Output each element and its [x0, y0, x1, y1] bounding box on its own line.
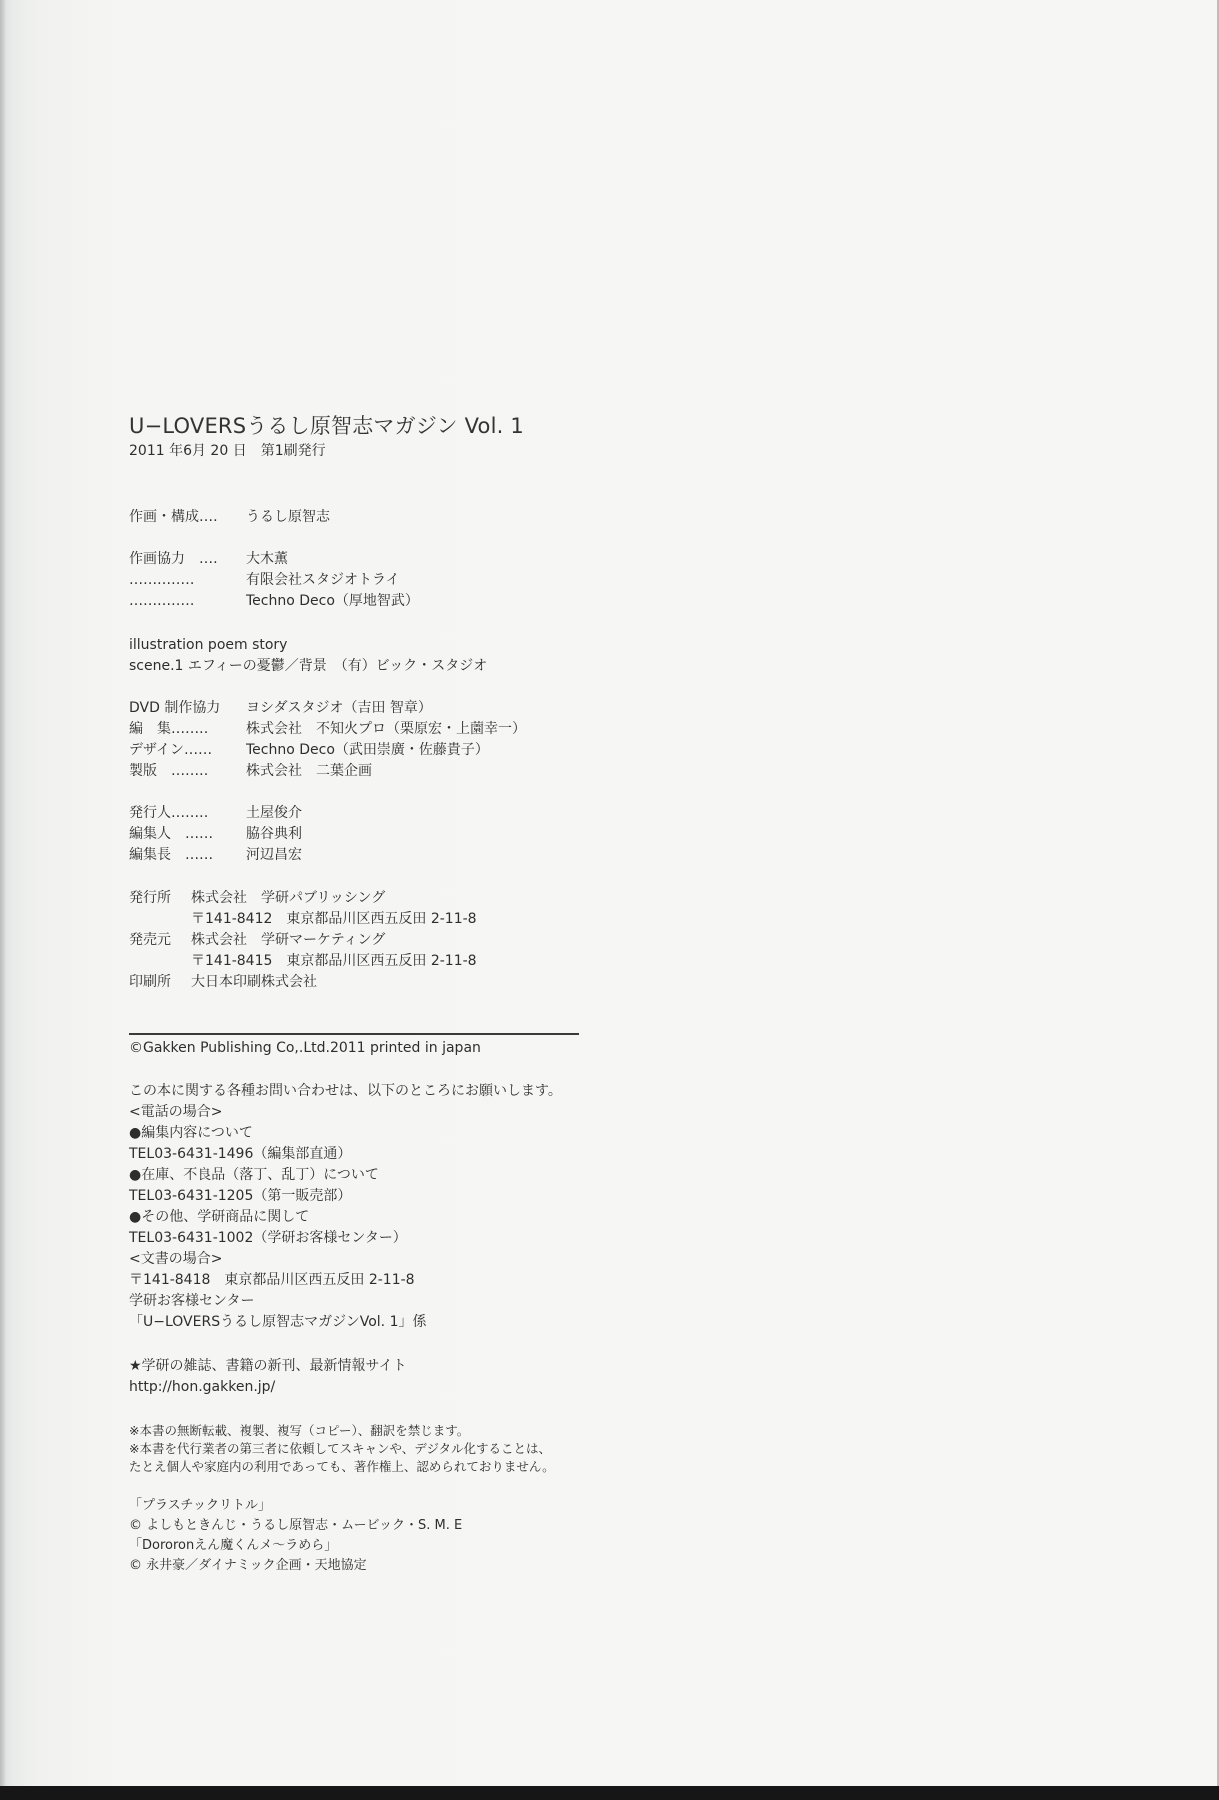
publisher-row: 発行所株式会社 学研パブリッシング: [129, 889, 385, 907]
publisher-label: 発売元: [129, 931, 191, 949]
publisher-value: 〒141-8415 東京都品川区西五反田 2-11-8: [191, 952, 477, 970]
credit-label: 編集長 ‥‥‥: [129, 846, 246, 864]
credit-row: 作画・構成‥‥うるし原智志: [129, 508, 330, 526]
credit-label: 製版 ‥‥‥‥: [129, 762, 246, 780]
credit-row: DVD 制作協力ヨシダスタジオ（吉田 智章）: [129, 699, 432, 717]
publisher-label: 印刷所: [129, 973, 191, 991]
inquiry-line: <文書の場合>: [129, 1250, 222, 1268]
credit-row: ‥‥‥‥‥‥‥Techno Deco（厚地智武）: [129, 592, 419, 610]
inquiry-line: TEL03-6431-1205（第一販売部）: [129, 1187, 351, 1205]
inquiry-line: ●在庫、不良品（落丁、乱丁）について: [129, 1166, 379, 1184]
credit-label: 編集人 ‥‥‥: [129, 825, 246, 843]
credit-value: 有限会社スタジオトライ: [246, 571, 400, 589]
credit-row: ‥‥‥‥‥‥‥有限会社スタジオトライ: [129, 571, 400, 589]
credit-value: 土屋俊介: [246, 804, 302, 822]
inquiry-line: 「U−LOVERSうるし原智志マガジンVol. 1」係: [129, 1313, 427, 1331]
credit-row: 編集人 ‥‥‥脇谷典利: [129, 825, 302, 843]
inquiry-line: <電話の場合>: [129, 1103, 222, 1121]
website-heading: ★学研の雑誌、書籍の新刊、最新情報サイト: [129, 1357, 407, 1375]
credit-row: 編 集‥‥‥‥株式会社 不知火プロ（栗原宏・上薗幸一）: [129, 720, 526, 738]
credit-label: 発行人‥‥‥‥: [129, 804, 246, 822]
credit-value: Techno Deco（武田崇廣・佐藤貴子）: [246, 741, 489, 759]
publisher-row: 印刷所大日本印刷株式会社: [129, 973, 317, 991]
credit-row: 製版 ‥‥‥‥株式会社 二葉企画: [129, 762, 372, 780]
credit-row: 作画協力 ‥‥大木薫: [129, 550, 288, 568]
credit-value: 株式会社 二葉企画: [246, 762, 372, 780]
inquiry-line: ●その他、学研商品に関して: [129, 1208, 309, 1226]
credit-label: デザイン‥‥‥: [129, 741, 246, 759]
credit-value: うるし原智志: [246, 508, 330, 526]
publisher-value: 株式会社 学研パブリッシング: [191, 889, 385, 907]
credit-label: ‥‥‥‥‥‥‥: [129, 571, 246, 589]
inquiry-line: TEL03-6431-1002（学研お客様センター）: [129, 1229, 407, 1247]
inquiry-line: この本に関する各種お問い合わせは、以下のところにお願いします。: [129, 1082, 562, 1100]
credit-row: 発行人‥‥‥‥土屋俊介: [129, 804, 302, 822]
credit-value: 脇谷典利: [246, 825, 302, 843]
credit-row: 編集長 ‥‥‥河辺昌宏: [129, 846, 302, 864]
notice-line: たとえ個人や家庭内の利用であっても、著作権上、認められておりません。: [129, 1458, 555, 1475]
credit-label: ‥‥‥‥‥‥‥: [129, 592, 246, 610]
credit-value: ヨシダスタジオ（吉田 智章）: [246, 699, 432, 717]
third-party-credit: © よしもときんじ・うるし原智志・ムービック・S. M. E: [129, 1517, 462, 1534]
publisher-value: 株式会社 学研マーケティング: [191, 931, 385, 949]
third-party-credit: 「Dororonえん魔くんメ〜ラめら」: [129, 1537, 337, 1554]
publisher-value: 大日本印刷株式会社: [191, 973, 317, 991]
inquiry-line: TEL03-6431-1496（編集部直通）: [129, 1145, 351, 1163]
illustration-scene: scene.1 エフィーの憂鬱／背景 （有）ビック・スタジオ: [129, 657, 487, 675]
spine-shadow: [0, 0, 6, 1786]
publisher-value: 〒141-8412 東京都品川区西五反田 2-11-8: [191, 910, 477, 928]
issue-date: 2011 年6月 20 日 第1刷発行: [129, 442, 326, 460]
publisher-row: 発売元株式会社 学研マーケティング: [129, 931, 385, 949]
copyright-line: ©Gakken Publishing Co,.Ltd.2011 printed …: [129, 1039, 481, 1057]
third-party-credit: 「プラスチックリトル」: [129, 1497, 271, 1514]
credit-value: 河辺昌宏: [246, 846, 302, 864]
credit-label: 編 集‥‥‥‥: [129, 720, 246, 738]
credit-value: 株式会社 不知火プロ（栗原宏・上薗幸一）: [246, 720, 526, 738]
third-party-credit: © 永井豪／ダイナミック企画・天地協定: [129, 1557, 367, 1574]
notice-line: ※本書の無断転載、複製、複写（コピー）、翻訳を禁じます。: [129, 1422, 469, 1439]
credit-row: デザイン‥‥‥Techno Deco（武田崇廣・佐藤貴子）: [129, 741, 489, 759]
website-url[interactable]: http://hon.gakken.jp/: [129, 1378, 275, 1396]
credit-value: 大木薫: [246, 550, 288, 568]
inquiry-line: 〒141-8418 東京都品川区西五反田 2-11-8: [129, 1271, 415, 1289]
illustration-heading: illustration poem story: [129, 636, 287, 654]
book-title: U−LOVERSうるし原智志マガジン Vol. 1: [129, 414, 524, 438]
credit-value: Techno Deco（厚地智武）: [246, 592, 419, 610]
credit-label: 作画・構成‥‥: [129, 508, 246, 526]
publisher-row: 〒141-8415 東京都品川区西五反田 2-11-8: [129, 952, 477, 970]
publisher-row: 〒141-8412 東京都品川区西五反田 2-11-8: [129, 910, 477, 928]
credit-label: 作画協力 ‥‥: [129, 550, 246, 568]
inquiry-line: 学研お客様センター: [129, 1292, 254, 1310]
inquiry-line: ●編集内容について: [129, 1124, 253, 1142]
publisher-label: 発行所: [129, 889, 191, 907]
divider-rule: [129, 1033, 579, 1035]
notice-line: ※本書を代行業者の第三者に依頼してスキャンや、デジタル化することは、: [129, 1440, 551, 1457]
scan-bottom-edge: [0, 1786, 1219, 1800]
credit-label: DVD 制作協力: [129, 699, 246, 717]
